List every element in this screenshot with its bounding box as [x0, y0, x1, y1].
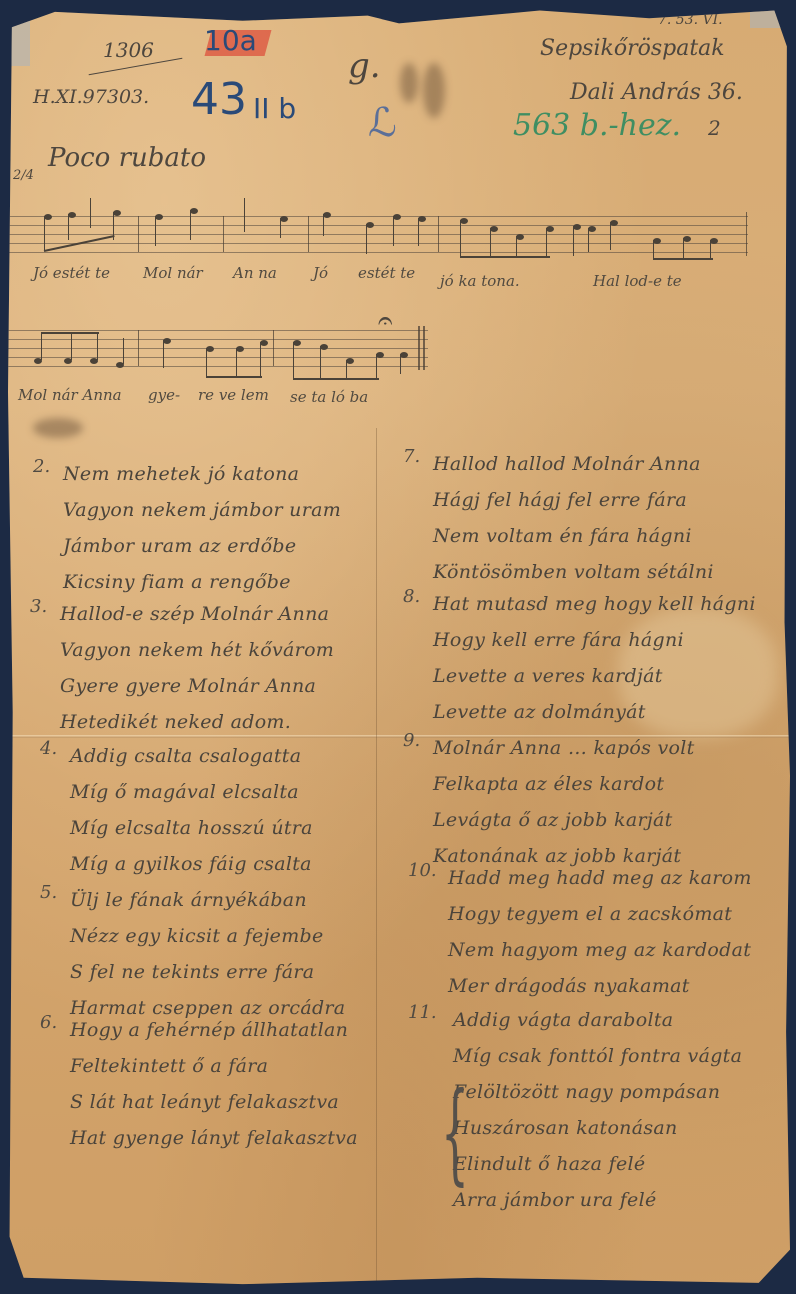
verse-5: 5. Ülj le fának árnyékában Nézz egy kics… [70, 882, 345, 1026]
verse-line: Míg elcsalta hosszú útra [70, 810, 313, 846]
loop-mark: ℒ [368, 100, 397, 146]
verse-line: Ülj le fának árnyékában [70, 882, 345, 918]
verse-line: Hat mutasd meg hogy kell hágni [433, 586, 756, 622]
lyric-staff1: Hal lod-e te [593, 272, 682, 290]
verse-line: Jámbor uram az erdőbe [63, 528, 341, 564]
time-signature: 2/4 [13, 168, 34, 183]
verse-number: 10. [408, 860, 437, 881]
verse-line: Hallod hallod Molnár Anna [433, 446, 714, 482]
place-name: Sepsikőröspatak [540, 36, 725, 61]
collection-date: 7. 53. VI. [658, 12, 723, 28]
lyric-staff2: re ve lem [198, 386, 269, 404]
lyric-staff1: An na [233, 264, 277, 282]
verse-line: Vagyon nekem jámbor uram [63, 492, 341, 528]
lyric-staff2: gye- [148, 386, 180, 404]
verse-number: 11. [408, 1002, 437, 1023]
verse-line: Hetedikét neked adom. [60, 704, 334, 740]
verse-line: Nem hagyom meg az kardodat [448, 932, 752, 968]
catalog-number: 43 [191, 74, 247, 125]
verse-line: Hágj fel hágj fel erre fára [433, 482, 714, 518]
inventory-code: H.XI.97303. [33, 86, 149, 108]
music-staff-2 [8, 330, 428, 370]
verse-number: 6. [40, 1012, 57, 1033]
verse-line: Feltekintett ő a fára [70, 1048, 358, 1084]
verse-line: Hat gyenge lányt felakasztva [70, 1120, 358, 1156]
verse-7: 7. Hallod hallod Molnár Anna Hágj fel há… [433, 446, 714, 590]
verse-line: Molnár Anna … kapós volt [433, 730, 695, 766]
ink-blot [400, 63, 418, 103]
verse-line: S lát hat leányt felakasztva [70, 1084, 358, 1120]
fermata-symbol: 𝄐 [378, 306, 392, 337]
verse-line: Nézz egy kicsit a fejembe [70, 918, 345, 954]
verse-line: Hadd meg hadd meg az karom [448, 860, 752, 896]
verse-number: 5. [40, 882, 57, 903]
verse-line: Felkapta az éles kardot [433, 766, 695, 802]
tape-top-left [8, 16, 30, 66]
verse-line: Míg a gyilkos fáig csalta [70, 846, 313, 882]
verse-number: 3. [30, 596, 47, 617]
tape-top-right [750, 8, 790, 28]
music-staff-1 [8, 216, 748, 256]
verse-line: Vagyon nekem hét kővárom [60, 632, 334, 668]
verse-number: 9. [403, 730, 420, 751]
page-letter: g. [348, 46, 381, 86]
informant-name: Dali András 36. [570, 80, 743, 105]
verse-number: 8. [403, 586, 420, 607]
verse-line: Hogy a fehérnép állhatatlan [70, 1012, 358, 1048]
verse-4: 4. Addig csalta csalogatta Míg ő magával… [70, 738, 313, 882]
ink-blot [423, 63, 445, 118]
verse-line: Gyere gyere Molnár Anna [60, 668, 334, 704]
verse-8: 8. Hat mutasd meg hogy kell hágni Hogy k… [433, 586, 756, 730]
green-reference: 563 b.-hez. [513, 108, 681, 143]
verse-line: Arra jámbor ura felé [453, 1182, 742, 1218]
manuscript-page: 1306 H.XI.97303. 10a 43 II b g. ℒ 7. 53.… [8, 8, 790, 1288]
verse-10: 10. Hadd meg hadd meg az karom Hogy tegy… [448, 860, 752, 1004]
ink-blot [33, 418, 83, 438]
archive-number: 1306 [103, 38, 154, 62]
lyric-staff1: Mol nár [143, 264, 203, 282]
verse-line: Levette az dolmányát [433, 694, 756, 730]
verse-line: Kicsiny fiam a rengőbe [63, 564, 341, 600]
verse-line: Mer drágodás nyakamat [448, 968, 752, 1004]
verse-number: 4. [40, 738, 57, 759]
lyric-staff1: Jó [313, 264, 328, 282]
catalog-suffix: II b [253, 92, 296, 125]
verse-line: Köntösömben voltam sétálni [433, 554, 714, 590]
verse-9: 9. Molnár Anna … kapós volt Felkapta az … [433, 730, 695, 874]
lyric-staff1: Jó estét te [33, 264, 110, 282]
verse-2: 2. Nem mehetek jó katona Vagyon nekem já… [63, 456, 341, 600]
verse-line: Huszárosan katonásan [453, 1110, 742, 1146]
verse-line: Míg csak fonttól fontra vágta [453, 1038, 742, 1074]
verse-line: Hallod-e szép Molnár Anna [60, 596, 334, 632]
lyric-staff1: jó ka tona. [440, 272, 520, 290]
verse-line: Addig vágta darabolta [453, 1002, 742, 1038]
verse-line: Nem mehetek jó katona [63, 456, 341, 492]
verse-line: Hogy kell erre fára hágni [433, 622, 756, 658]
verse-number: 2. [33, 456, 50, 477]
verse-line: Levágta ő az jobb karját [433, 802, 695, 838]
verse-line: S fel ne tekints erre fára [70, 954, 345, 990]
lyric-staff2: Mol nár Anna [18, 386, 122, 404]
lyric-staff2: se ta ló ba [290, 388, 368, 406]
crossed-number: 10a [204, 24, 257, 57]
tempo-marking: Poco rubato [48, 143, 206, 173]
verse-line: Elindult ő haza felé [453, 1146, 742, 1182]
verse-6: 6. Hogy a fehérnép állhatatlan Feltekint… [70, 1012, 358, 1156]
verse-3: 3. Hallod-e szép Molnár Anna Vagyon neke… [60, 596, 334, 740]
verse-line: Nem voltam én fára hágni [433, 518, 714, 554]
paper-fold-vertical [376, 428, 377, 1288]
lyric-staff1: estét te [358, 264, 415, 282]
repeat-brace: { [441, 1068, 469, 1196]
verse-line: Míg ő magával elcsalta [70, 774, 313, 810]
verse-line: Levette a veres kardját [433, 658, 756, 694]
verse-number: 7. [403, 446, 420, 467]
verse-line: Addig csalta csalogatta [70, 738, 313, 774]
verse-line: Felöltözött nagy pompásan [453, 1074, 742, 1110]
verse-11: 11. Addig vágta darabolta Míg csak fontt… [453, 1002, 742, 1218]
page-number: 2 [708, 116, 721, 140]
verse-line: Hogy tegyem el a zacskómat [448, 896, 752, 932]
